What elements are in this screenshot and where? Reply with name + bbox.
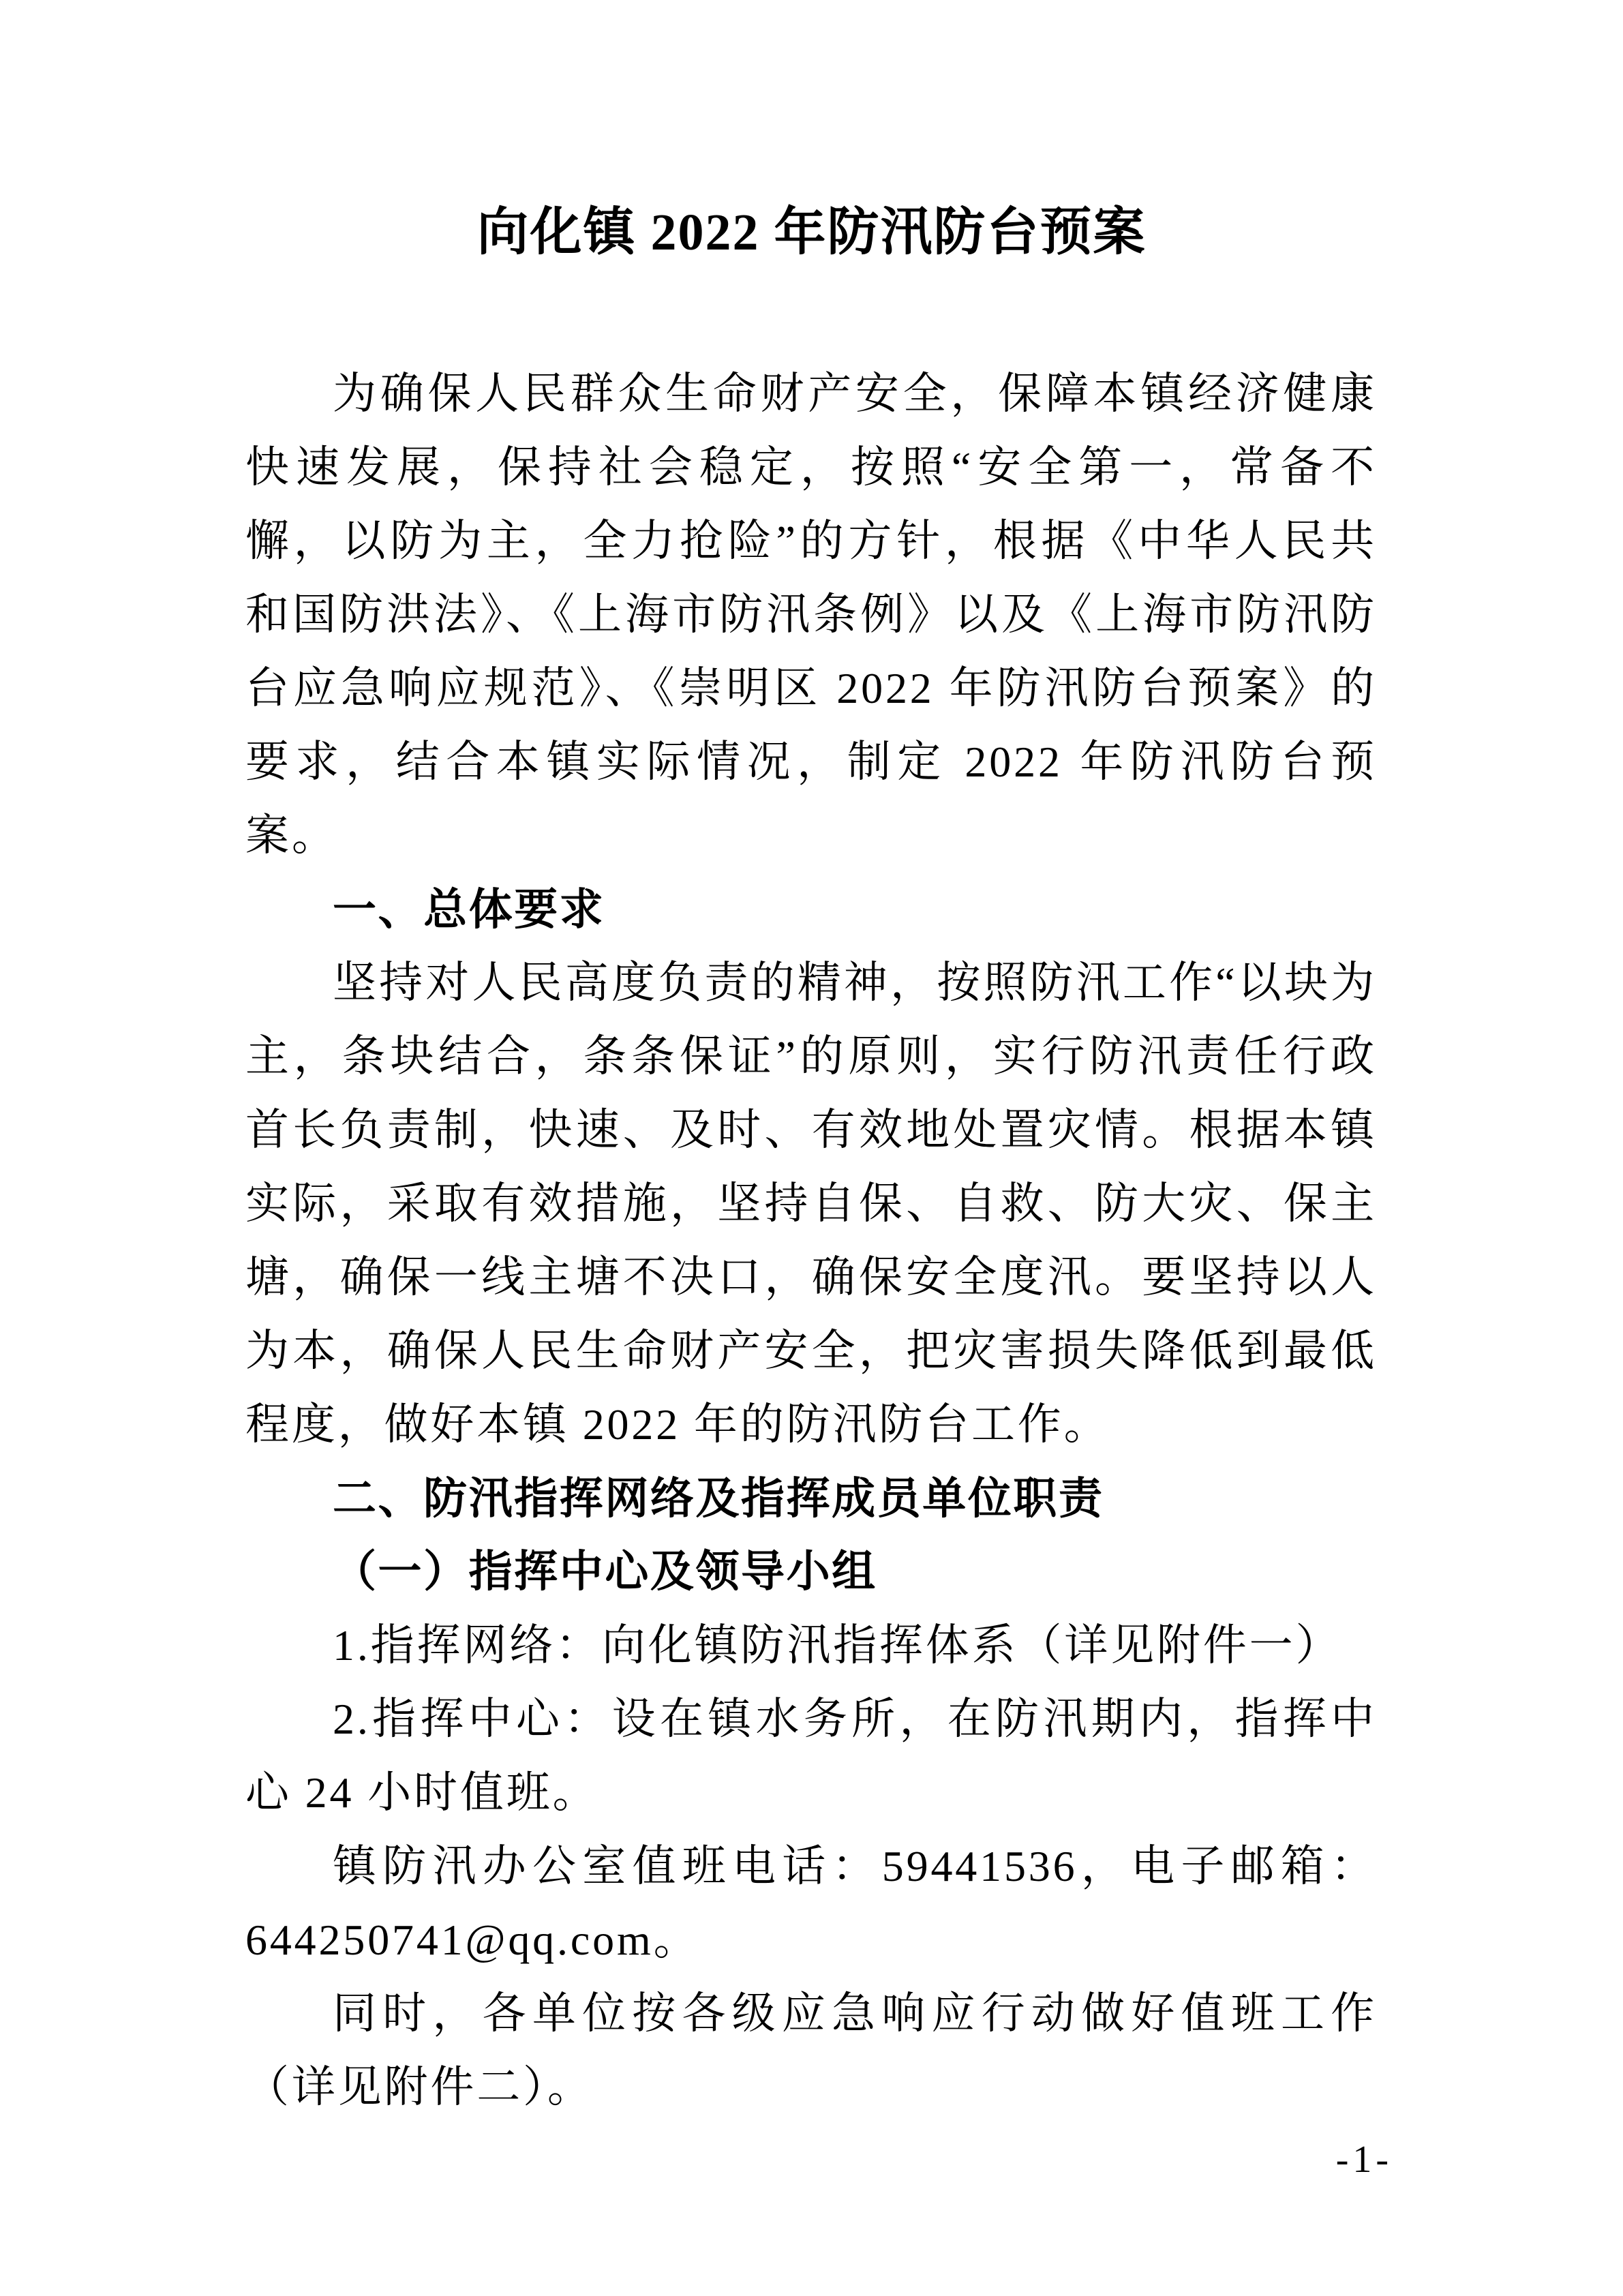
document-body: 为确保人民群众生命财产安全，保障本镇经济健康快速发展，保持社会稳定，按照“安全第… (245, 357, 1377, 2124)
paragraph-overall-requirements: 坚持对人民高度负责的精神，按照防汛工作“以块为主，条块结合，条条保证”的原则，实… (245, 946, 1377, 1462)
paragraph-duty-phone-email: 镇防汛办公室值班电话：59441536，电子邮箱：644250741@qq.co… (245, 1830, 1377, 1977)
document-page: 向化镇 2022 年防汛防台预案 为确保人民群众生命财产安全，保障本镇经济健康快… (0, 0, 1623, 2296)
paragraph-intro: 为确保人民群众生命财产安全，保障本镇经济健康快速发展，保持社会稳定，按照“安全第… (245, 357, 1377, 873)
paragraph-duty-work: 同时，各单位按各级应急响应行动做好值班工作（详见附件二）。 (245, 1977, 1377, 2124)
paragraph-command-center: 2.指挥中心：设在镇水务所，在防汛期内，指挥中心 24 小时值班。 (245, 1682, 1377, 1830)
paragraph-command-network: 1.指挥网络：向化镇防汛指挥体系（详见附件一） (245, 1609, 1377, 1682)
section-heading-command-network: 二、防汛指挥网络及指挥成员单位职责 (245, 1462, 1377, 1535)
subsection-heading-command-center: （一）指挥中心及领导小组 (245, 1535, 1377, 1609)
page-number: -1- (1336, 2139, 1393, 2180)
section-heading-overall-requirements: 一、总体要求 (245, 873, 1377, 946)
document-title: 向化镇 2022 年防汛防台预案 (0, 202, 1623, 263)
